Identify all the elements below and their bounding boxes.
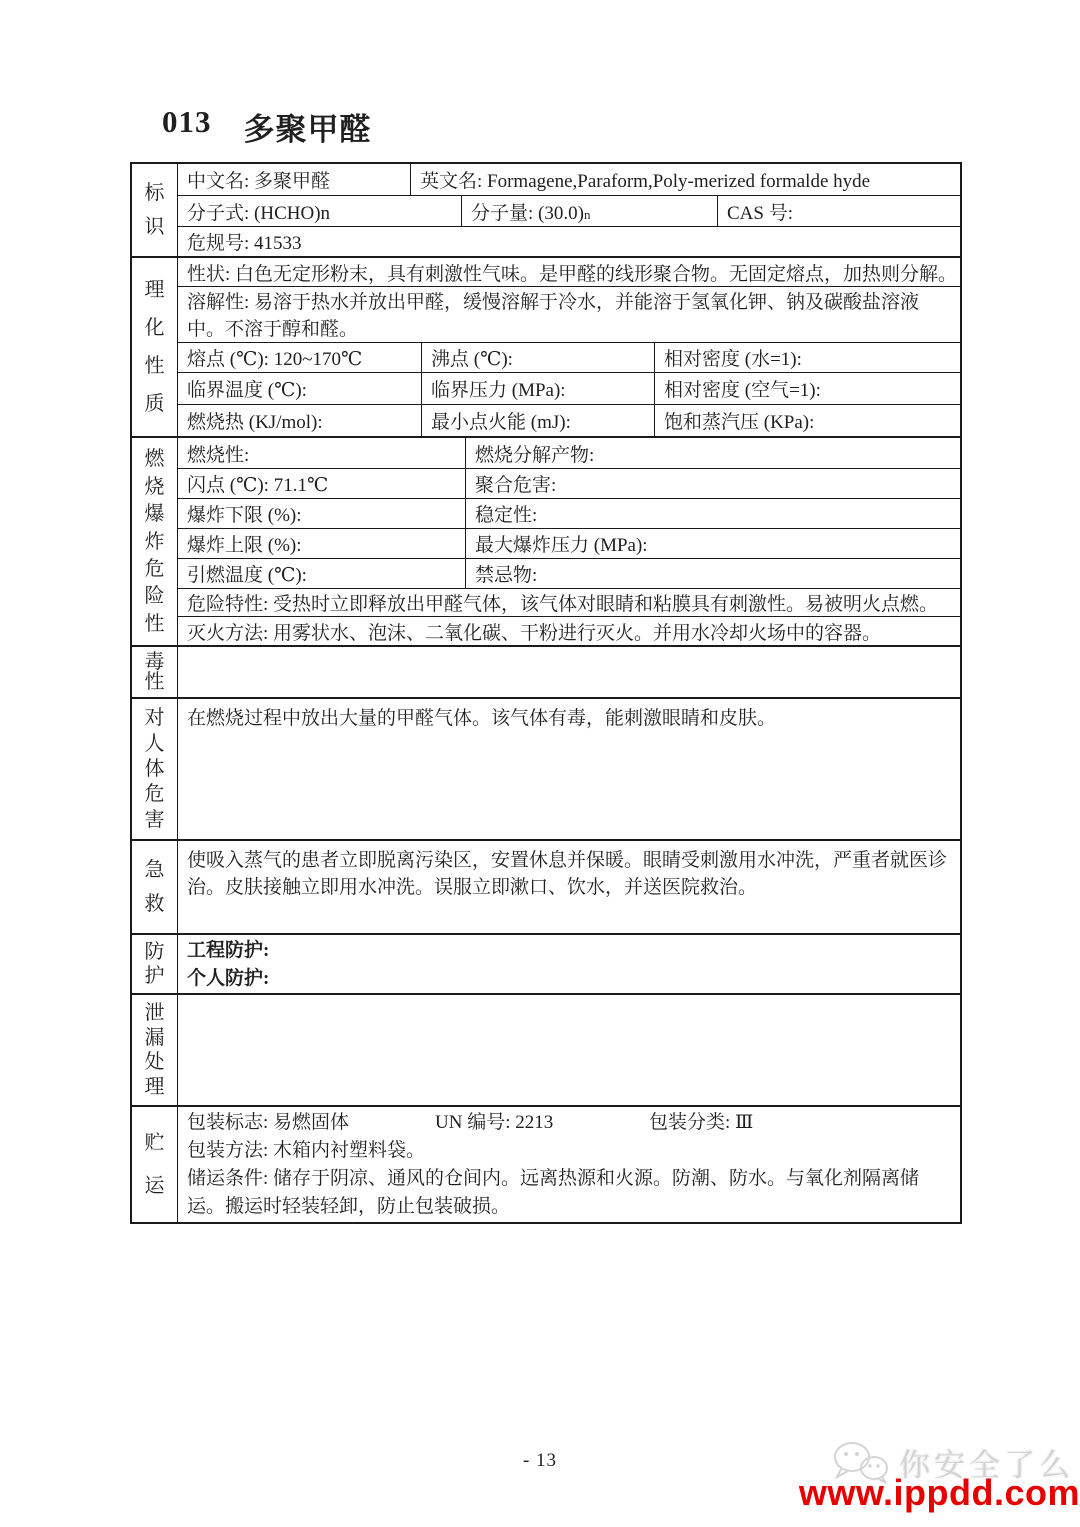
field-explosion-limit-upper: 爆炸上限 (%): — [178, 529, 465, 558]
molecular-weight-subscript: n — [584, 207, 591, 226]
section-health-hazard: 对人体危害 在燃烧过程中放出大量的甲醛气体。该气体有毒，能刺激眼睛和皮肤。 — [132, 697, 960, 839]
section-identification: 标识 中文名: 多聚甲醛 英文名: Formagene,Paraform,Pol… — [132, 164, 960, 256]
field-solubility: 溶解性: 易溶于热水并放出甲醛，缓慢溶解于冷水，并能溶于氢氧化钾、钠及碳酸盐溶液… — [178, 287, 960, 342]
section-storage: 贮运 包装标志: 易燃固体UN 编号: 2213包装分类: Ⅲ 包装方法: 木箱… — [132, 1105, 960, 1222]
field-toxicity-content — [178, 647, 960, 697]
field-boiling-point: 沸点 (℃): — [421, 343, 654, 372]
field-relative-density-air: 相对密度 (空气=1): — [654, 373, 960, 404]
field-personal-protection: 个人防护: — [187, 965, 951, 993]
field-danger-code: 危规号: 41533 — [178, 227, 960, 256]
field-combustion-heat: 燃烧热 (KJ/mol): — [178, 405, 421, 436]
section-first-aid: 急救 使吸入蒸气的患者立即脱离污染区，安置休息并保暖。眼睛受刺激用水冲洗，严重者… — [132, 839, 960, 933]
document-page: 013 多聚甲醛 标识 中文名: 多聚甲醛 英文名: Formagene,Par… — [0, 0, 1080, 1527]
field-english-name: 英文名: Formagene,Paraform,Poly-merized for… — [410, 164, 960, 195]
section-physchem: 理化性质 性状: 白色无定形粉末，具有刺激性气味。是甲醛的线形聚合物。无固定熔点… — [132, 256, 960, 436]
field-flash-point: 闪点 (℃): 71.1℃ — [178, 469, 465, 498]
field-storage-conditions: 储运条件: 储存于阴凉、通风的仓间内。远离热源和火源。防潮、防水。与氧化剂隔离储… — [187, 1165, 951, 1221]
field-protection-content: 工程防护: 个人防护: — [178, 935, 960, 993]
field-polymerization-hazard: 聚合危害: — [465, 469, 960, 498]
section-label-health-hazard: 对人体危害 — [132, 699, 178, 839]
field-incompatibilities: 禁忌物: — [465, 559, 960, 588]
field-min-ignition-energy: 最小点火能 (mJ): — [421, 405, 654, 436]
section-label-first-aid: 急救 — [132, 841, 178, 933]
field-relative-density-water: 相对密度 (水=1): — [654, 343, 960, 372]
section-fire-explosion: 燃烧爆炸危险性 燃烧性: 燃烧分解产物: 闪点 (℃): 71.1℃ 聚合危害:… — [132, 436, 960, 645]
section-label-leakage: 泄漏处理 — [132, 995, 178, 1105]
page-title: 013 多聚甲醛 — [162, 104, 372, 149]
section-toxicity: 毒性 — [132, 645, 960, 697]
field-cas-number: CAS 号: — [717, 196, 960, 226]
field-appearance: 性状: 白色无定形粉末，具有刺激性气味。是甲醛的线形聚合物。无固定熔点，加热则分… — [178, 258, 960, 286]
field-hazard-characteristics: 危险特性: 受热时立即释放出甲醛气体，该气体对眼睛和粘膜具有刺激性。易被明火点燃… — [178, 589, 960, 616]
section-label-fire-explosion: 燃烧爆炸危险性 — [132, 438, 178, 645]
field-leakage-content — [178, 995, 960, 1105]
section-label-protection: 防护 — [132, 935, 178, 993]
section-leakage: 泄漏处理 — [132, 993, 960, 1105]
field-ignition-temperature: 引燃温度 (℃): — [178, 559, 465, 588]
field-un-number: UN 编号: 2213 — [435, 1109, 649, 1137]
storage-line-packaging: 包装标志: 易燃固体UN 编号: 2213包装分类: Ⅲ — [187, 1109, 951, 1137]
field-critical-temperature: 临界温度 (℃): — [178, 373, 421, 404]
field-packaging-method: 包装方法: 木箱内衬塑料袋。 — [187, 1137, 951, 1165]
field-fire-extinguishing: 灭火方法: 用雾状水、泡沫、二氧化碳、干粉进行灭火。并用水冷却火场中的容器。 — [178, 617, 960, 645]
field-critical-pressure: 临界压力 (MPa): — [421, 373, 654, 404]
field-max-explosion-pressure: 最大爆炸压力 (MPa): — [465, 529, 960, 558]
msds-table: 标识 中文名: 多聚甲醛 英文名: Formagene,Paraform,Pol… — [130, 162, 962, 1224]
field-molecular-formula: 分子式: (HCHO)n — [178, 196, 461, 226]
section-label-toxicity: 毒性 — [132, 647, 178, 697]
title-chemical-name: 多聚甲醛 — [244, 104, 372, 149]
field-storage-content: 包装标志: 易燃固体UN 编号: 2213包装分类: Ⅲ 包装方法: 木箱内衬塑… — [178, 1107, 960, 1222]
watermark-url: www.ippdd.com — [799, 1472, 1080, 1514]
field-chinese-name: 中文名: 多聚甲醛 — [178, 164, 410, 195]
field-flammability: 燃烧性: — [178, 438, 465, 468]
field-explosion-limit-lower: 爆炸下限 (%): — [178, 499, 465, 528]
field-engineering-protection: 工程防护: — [187, 937, 951, 965]
section-label-storage: 贮运 — [132, 1107, 178, 1222]
field-packaging-class: 包装分类: Ⅲ — [649, 1112, 753, 1133]
field-decomposition-products: 燃烧分解产物: — [465, 438, 960, 468]
section-label-physchem: 理化性质 — [132, 258, 178, 436]
field-saturated-vapor-pressure: 饱和蒸汽压 (KPa): — [654, 405, 960, 436]
section-label-identification: 标识 — [132, 164, 178, 256]
field-packaging-mark: 包装标志: 易燃固体 — [187, 1109, 435, 1137]
field-stability: 稳定性: — [465, 499, 960, 528]
title-number: 013 — [162, 104, 212, 149]
field-health-hazard-content: 在燃烧过程中放出大量的甲醛气体。该气体有毒，能刺激眼睛和皮肤。 — [178, 699, 960, 839]
field-molecular-weight: 分子量: (30.0)n — [461, 196, 717, 226]
section-protection: 防护 工程防护: 个人防护: — [132, 933, 960, 993]
field-first-aid-content: 使吸入蒸气的患者立即脱离污染区，安置休息并保暖。眼睛受刺激用水冲洗，严重者就医诊… — [178, 841, 960, 933]
field-melting-point: 熔点 (℃): 120~170℃ — [178, 343, 421, 372]
